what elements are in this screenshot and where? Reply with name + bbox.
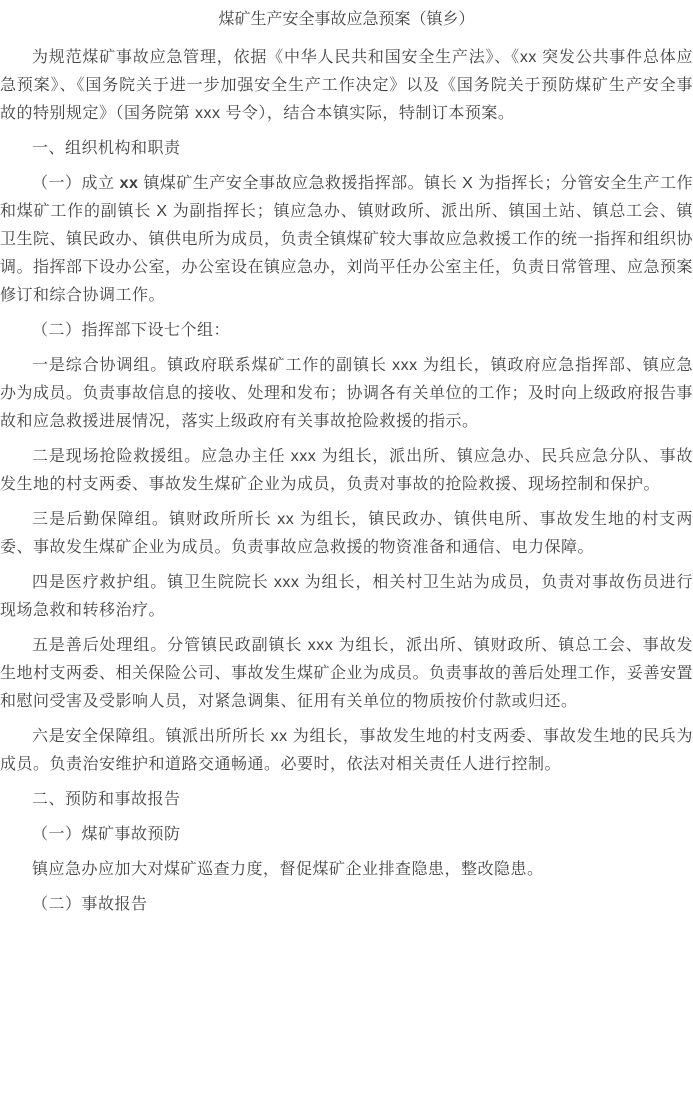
section-2-item-1-heading: （一）煤矿事故预防 [0, 821, 693, 849]
text-segment: （二）事故报告 [32, 896, 148, 913]
bold-text: xx [120, 175, 139, 192]
group-2-onsite-rescue: 二是现场抢险救援组。应急办主任 xxx 为组长，派出所、镇应急办、民兵应急分队、… [0, 443, 693, 499]
text-segment: （一）成立 [32, 175, 120, 192]
text-segment: 六是安全保障组。镇派出所所长 xx 为组长，事故发生地的村支两委、事故发生地的民… [0, 728, 693, 773]
text-segment: 一、组织机构和职责 [32, 140, 181, 157]
text-segment: 镇应急办应加大对煤矿巡查力度，督促煤矿企业排查隐患，整改隐患。 [32, 861, 544, 878]
document-title: 煤矿生产安全事故应急预案（镇乡） [0, 6, 693, 34]
text-segment: 二是现场抢险救援组。应急办主任 xxx 为组长，派出所、镇应急办、民兵应急分队、… [0, 448, 693, 493]
group-5-aftermath: 五是善后处理组。分管镇民政副镇长 xxx 为组长，派出所、镇财政所、镇总工会、事… [0, 632, 693, 716]
group-1-coordination: 一是综合协调组。镇政府联系煤矿工作的副镇长 xxx 为组长，镇政府应急指挥部、镇… [0, 352, 693, 436]
section-1-item-1-command-center: （一）成立 xx 镇煤矿生产安全事故应急救援指挥部。镇长 X 为指挥长；分管安全… [0, 170, 693, 310]
document-page: 煤矿生产安全事故应急预案（镇乡） 为规范煤矿事故应急管理，依据《中华人民共和国安… [0, 0, 693, 919]
document-body: 为规范煤矿事故应急管理，依据《中华人民共和国安全生产法》、《xx 突发公共事件总… [0, 44, 693, 919]
section-2-item-2-heading: （二）事故报告 [0, 891, 693, 919]
prevention-paragraph: 镇应急办应加大对煤矿巡查力度，督促煤矿企业排查隐患，整改隐患。 [0, 856, 693, 884]
section-1-heading: 一、组织机构和职责 [0, 135, 693, 163]
text-segment: （二）指挥部下设七个组： [32, 322, 230, 339]
section-1-item-2-seven-groups: （二）指挥部下设七个组： [0, 317, 693, 345]
text-segment: 五是善后处理组。分管镇民政副镇长 xxx 为组长，派出所、镇财政所、镇总工会、事… [0, 637, 693, 710]
text-segment: 四是医疗救护组。镇卫生院院长 xxx 为组长，相关村卫生站为成员，负责对事故伤员… [0, 574, 693, 619]
text-segment: 二、预防和事故报告 [32, 791, 181, 808]
intro-paragraph: 为规范煤矿事故应急管理，依据《中华人民共和国安全生产法》、《xx 突发公共事件总… [0, 44, 693, 128]
text-segment: 三是后勤保障组。镇财政所所长 xx 为组长，镇民政办、镇供电所、事故发生地的村支… [0, 511, 693, 556]
group-6-security: 六是安全保障组。镇派出所所长 xx 为组长，事故发生地的村支两委、事故发生地的民… [0, 723, 693, 779]
text-segment: 一是综合协调组。镇政府联系煤矿工作的副镇长 xxx 为组长，镇政府应急指挥部、镇… [0, 357, 693, 430]
group-3-logistics: 三是后勤保障组。镇财政所所长 xx 为组长，镇民政办、镇供电所、事故发生地的村支… [0, 506, 693, 562]
group-4-medical: 四是医疗救护组。镇卫生院院长 xxx 为组长，相关村卫生站为成员，负责对事故伤员… [0, 569, 693, 625]
text-segment: 为规范煤矿事故应急管理，依据《中华人民共和国安全生产法》、《xx 突发公共事件总… [0, 49, 693, 122]
text-segment: 镇煤矿生产安全事故应急救援指挥部。镇长 X 为指挥长；分管安全生产工作和煤矿工作… [0, 175, 693, 304]
text-segment: （一）煤矿事故预防 [32, 826, 181, 843]
section-2-heading: 二、预防和事故报告 [0, 786, 693, 814]
